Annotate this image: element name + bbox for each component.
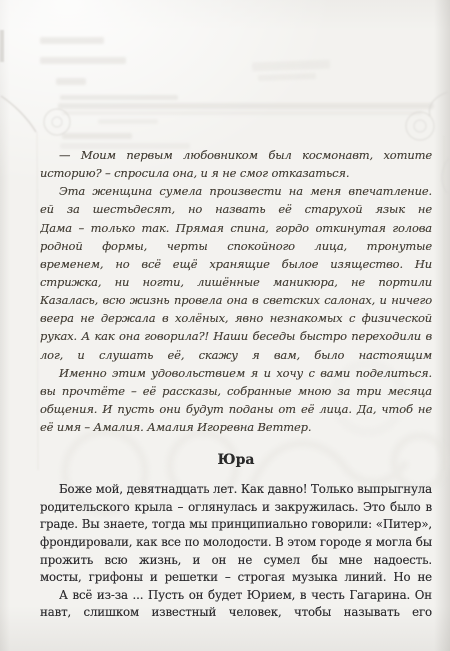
bleed-through-line [40,37,104,44]
text-line: прожить всю жизнь, и он не сумел бы мне … [40,552,432,570]
text-line: Именно этим удовольствием я и хочу с вам… [40,364,432,382]
text-line: граде. Вы знаете, тогда мы принципиально… [40,516,432,534]
bleed-through-rule [62,111,422,115]
text-line: историю? – спросила она, и я не смог отк… [40,164,432,182]
text-line: Эта женщина сумела произвести на меня вп… [40,182,432,200]
bleed-through-line [98,119,158,124]
text-line: родной формы, черты спокойного лица, тро… [40,237,432,255]
text-line: мосты, грифоны и решетки – строгая музык… [40,569,432,587]
text-line: Казалась, всю жизнь провела она в светск… [40,291,432,309]
text-line: А всё из-за ... Пусть он будет Юрием, в … [40,587,432,605]
text-line: навт, слишком известный человек, чтобы н… [40,604,432,622]
text-line: руках. А как она говорила?! Наши беседы … [40,327,432,345]
text-line: фрондировали, как все по молодости. В эт… [40,534,432,552]
bleed-through-script [252,60,330,72]
bleed-through-script [258,73,316,81]
text-line: временем, но всё ещё хранящие былое изящ… [40,255,432,273]
bleed-through-line [62,133,132,139]
text-line: родительского крыла – оглянулась и закру… [40,499,432,517]
text-line: — Моим первым любовником был космонавт, … [40,146,432,164]
bleed-through-rule [58,103,434,109]
bleed-through-line [60,95,178,100]
text-line: веера не держала в холёных, явно незнако… [40,309,432,327]
page-text: — Моим первым любовником был космонавт, … [40,146,432,622]
text-line: общения. И пусть они будут поданы от её … [40,400,432,418]
chapter-heading: Юра [40,450,432,470]
corner-crease-line [1,96,36,132]
chapter-section: Боже мой, девятнадцать лет. Как давно! Т… [40,481,432,622]
bleed-through-line [56,78,86,85]
text-line: вы прочтёте – её рассказы, собранные мно… [40,382,432,400]
page-edge-mark [0,30,4,62]
text-line: Боже мой, девятнадцать лет. Как давно! Т… [40,481,432,499]
text-line: Дама – только так. Прямая спина, гордо о… [40,219,432,237]
frame-left-line [37,132,38,470]
text-line: ей за шестьдесят, но назвать её старухой… [40,200,432,218]
frame-curl-right [406,112,434,140]
text-line: лог, и слушать её, скажу я вам, было нас… [40,346,432,364]
text-line: стрижка, ни ногти, лишённые маникюра, не… [40,273,432,291]
intro-section: — Моим первым любовником был космонавт, … [40,146,432,436]
text-line: её имя – Амалия. Амалия Игоревна Веттер. [40,418,432,436]
book-page: — Моим первым любовником был космонавт, … [0,0,450,651]
frame-curl-left [44,109,70,135]
bleed-through-line [40,57,126,64]
